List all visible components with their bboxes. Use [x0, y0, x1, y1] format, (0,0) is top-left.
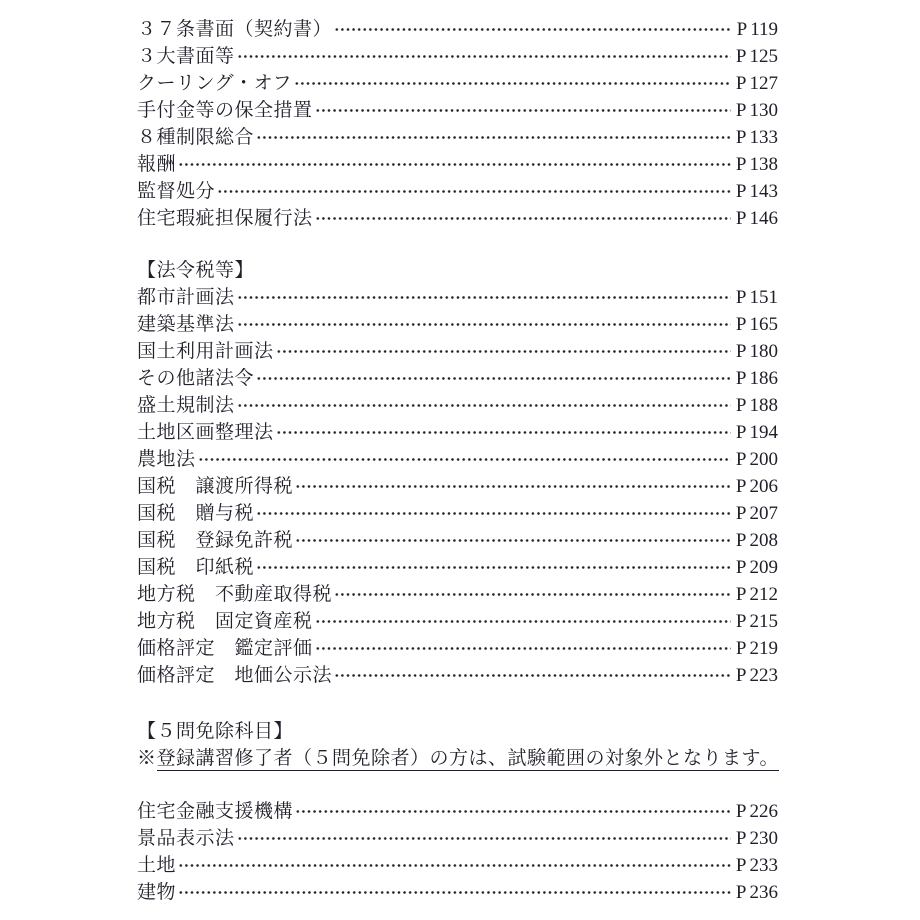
entry-page-number: P180 — [736, 338, 778, 365]
toc-entry: 盛土規制法P188 — [137, 392, 778, 419]
toc-section: 【法令税等】都市計画法P151建築基準法P165国土利用計画法P180その他諸法… — [137, 257, 778, 689]
entry-title: クーリング・オフ — [137, 70, 292, 97]
entry-title: 国土利用計画法 — [137, 338, 274, 365]
dot-leader — [334, 581, 731, 608]
dot-leader — [237, 825, 731, 852]
dot-leader — [237, 311, 731, 338]
entry-page-number: P186 — [736, 365, 778, 392]
toc-entry: 国税 贈与税P207 — [137, 500, 778, 527]
toc-rows: 都市計画法P151建築基準法P165国土利用計画法P180その他諸法令P186盛… — [137, 284, 778, 689]
entry-title: ８種制限総合 — [137, 124, 254, 151]
dot-leader — [295, 473, 731, 500]
entry-page-number: P200 — [736, 446, 778, 473]
toc-entry: 手付金等の保全措置P130 — [137, 97, 778, 124]
toc-entry: 景品表示法P230 — [137, 825, 778, 852]
toc-entry: 国税 譲渡所得税P206 — [137, 473, 778, 500]
entry-title: 手付金等の保全措置 — [137, 97, 313, 124]
entry-title: 住宅金融支援機構 — [137, 798, 293, 825]
dot-leader — [256, 554, 731, 581]
entry-title: 土地区画整理法 — [137, 419, 274, 446]
dot-leader — [256, 365, 731, 392]
dot-leader — [178, 879, 731, 906]
entry-page-number: P143 — [736, 178, 778, 205]
dot-leader — [315, 97, 731, 124]
entry-page-number: P219 — [736, 635, 778, 662]
dot-leader — [256, 500, 731, 527]
entry-page-number: P130 — [736, 97, 778, 124]
note-marker: ※ — [137, 748, 157, 769]
entry-title: 国税 印紙税 — [137, 554, 254, 581]
entry-title: ３７条書面（契約書） — [137, 16, 332, 43]
entry-title: 報酬 — [137, 151, 176, 178]
toc-entry: ３７条書面（契約書）P119 — [137, 16, 778, 43]
entry-page-number: P233 — [736, 852, 778, 879]
entry-title: 地方税 不動産取得税 — [137, 581, 332, 608]
toc-entry: 監督処分P143 — [137, 178, 778, 205]
toc-rows: ３７条書面（契約書）P119３大書面等P125クーリング・オフP127手付金等の… — [137, 16, 778, 232]
entry-page-number: P133 — [736, 124, 778, 151]
entry-page-number: P208 — [736, 527, 778, 554]
toc-entry: 住宅金融支援機構P226 — [137, 798, 778, 825]
entry-page-number: P146 — [736, 205, 778, 232]
toc-entry: 建物P236 — [137, 879, 778, 906]
entry-title: 住宅瑕疵担保履行法 — [137, 205, 313, 232]
exemption-note: ※登録講習修了者（５問免除者）の方は、試験範囲の対象外となります。 — [137, 745, 778, 772]
entry-page-number: P194 — [736, 419, 778, 446]
entry-page-number: P209 — [736, 554, 778, 581]
entry-page-number: P151 — [736, 284, 778, 311]
dot-leader — [237, 43, 731, 70]
entry-page-number: P230 — [736, 825, 778, 852]
entry-title: 景品表示法 — [137, 825, 235, 852]
entry-page-number: P215 — [736, 608, 778, 635]
toc-entry: 都市計画法P151 — [137, 284, 778, 311]
dot-leader — [198, 446, 731, 473]
toc-entry: 価格評定 地価公示法P223 — [137, 662, 778, 689]
section-heading: 【５問免除科目】 — [137, 718, 778, 745]
entry-page-number: P125 — [736, 43, 778, 70]
entry-page-number: P165 — [736, 311, 778, 338]
entry-page-number: P188 — [736, 392, 778, 419]
toc-section: 【５問免除科目】※登録講習修了者（５問免除者）の方は、試験範囲の対象外となります… — [137, 718, 778, 906]
dot-leader — [315, 608, 731, 635]
toc-entry: 地方税 不動産取得税P212 — [137, 581, 778, 608]
entry-title: 国税 登録免許税 — [137, 527, 293, 554]
toc-entry: その他諸法令P186 — [137, 365, 778, 392]
toc-entry: ８種制限総合P133 — [137, 124, 778, 151]
dot-leader — [334, 16, 732, 43]
dot-leader — [294, 70, 731, 97]
entry-page-number: P212 — [736, 581, 778, 608]
dot-leader — [237, 284, 731, 311]
toc-entry: 土地区画整理法P194 — [137, 419, 778, 446]
entry-title: 監督処分 — [137, 178, 215, 205]
toc-entry: 建築基準法P165 — [137, 311, 778, 338]
dot-leader — [295, 798, 731, 825]
toc-sections: ３７条書面（契約書）P119３大書面等P125クーリング・オフP127手付金等の… — [137, 16, 778, 906]
entry-title: 建物 — [137, 879, 176, 906]
toc-rows: 住宅金融支援機構P226景品表示法P230土地P233建物P236 — [137, 798, 778, 906]
toc-entry: 価格評定 鑑定評価P219 — [137, 635, 778, 662]
entry-page-number: P223 — [736, 662, 778, 689]
note-text: 登録講習修了者（５問免除者）の方は、試験範囲の対象外となります。 — [157, 748, 779, 771]
entry-page-number: P119 — [737, 16, 778, 43]
toc-entry: 土地P233 — [137, 852, 778, 879]
toc-entry: ３大書面等P125 — [137, 43, 778, 70]
entry-page-number: P236 — [736, 879, 778, 906]
dot-leader — [334, 662, 731, 689]
dot-leader — [237, 392, 731, 419]
dot-leader — [276, 419, 731, 446]
entry-title: その他諸法令 — [137, 365, 254, 392]
entry-page-number: P138 — [736, 151, 778, 178]
toc-entry: 国税 印紙税P209 — [137, 554, 778, 581]
entry-page-number: P127 — [736, 70, 778, 97]
toc-entry: 地方税 固定資産税P215 — [137, 608, 778, 635]
entry-title: 国税 贈与税 — [137, 500, 254, 527]
dot-leader — [295, 527, 731, 554]
entry-page-number: P206 — [736, 473, 778, 500]
toc-entry: クーリング・オフP127 — [137, 70, 778, 97]
entry-page-number: P226 — [736, 798, 778, 825]
toc-entry: 国土利用計画法P180 — [137, 338, 778, 365]
entry-title: 土地 — [137, 852, 176, 879]
dot-leader — [217, 178, 731, 205]
toc-entry: 国税 登録免許税P208 — [137, 527, 778, 554]
dot-leader — [256, 124, 731, 151]
toc-entry: 住宅瑕疵担保履行法P146 — [137, 205, 778, 232]
dot-leader — [315, 205, 731, 232]
entry-title: 盛土規制法 — [137, 392, 235, 419]
toc-entry: 報酬P138 — [137, 151, 778, 178]
dot-leader — [178, 852, 731, 879]
entry-title: 国税 譲渡所得税 — [137, 473, 293, 500]
entry-title: 農地法 — [137, 446, 196, 473]
dot-leader — [276, 338, 731, 365]
toc-entry: 農地法P200 — [137, 446, 778, 473]
toc-page: ３７条書面（契約書）P119３大書面等P125クーリング・オフP127手付金等の… — [0, 0, 920, 920]
entry-title: ３大書面等 — [137, 43, 235, 70]
entry-title: 建築基準法 — [137, 311, 235, 338]
toc-section: ３７条書面（契約書）P119３大書面等P125クーリング・オフP127手付金等の… — [137, 16, 778, 232]
entry-title: 価格評定 地価公示法 — [137, 662, 332, 689]
dot-leader — [178, 151, 731, 178]
entry-title: 価格評定 鑑定評価 — [137, 635, 313, 662]
dot-leader — [315, 635, 731, 662]
entry-title: 都市計画法 — [137, 284, 235, 311]
entry-page-number: P207 — [736, 500, 778, 527]
entry-title: 地方税 固定資産税 — [137, 608, 313, 635]
section-heading: 【法令税等】 — [137, 257, 778, 284]
